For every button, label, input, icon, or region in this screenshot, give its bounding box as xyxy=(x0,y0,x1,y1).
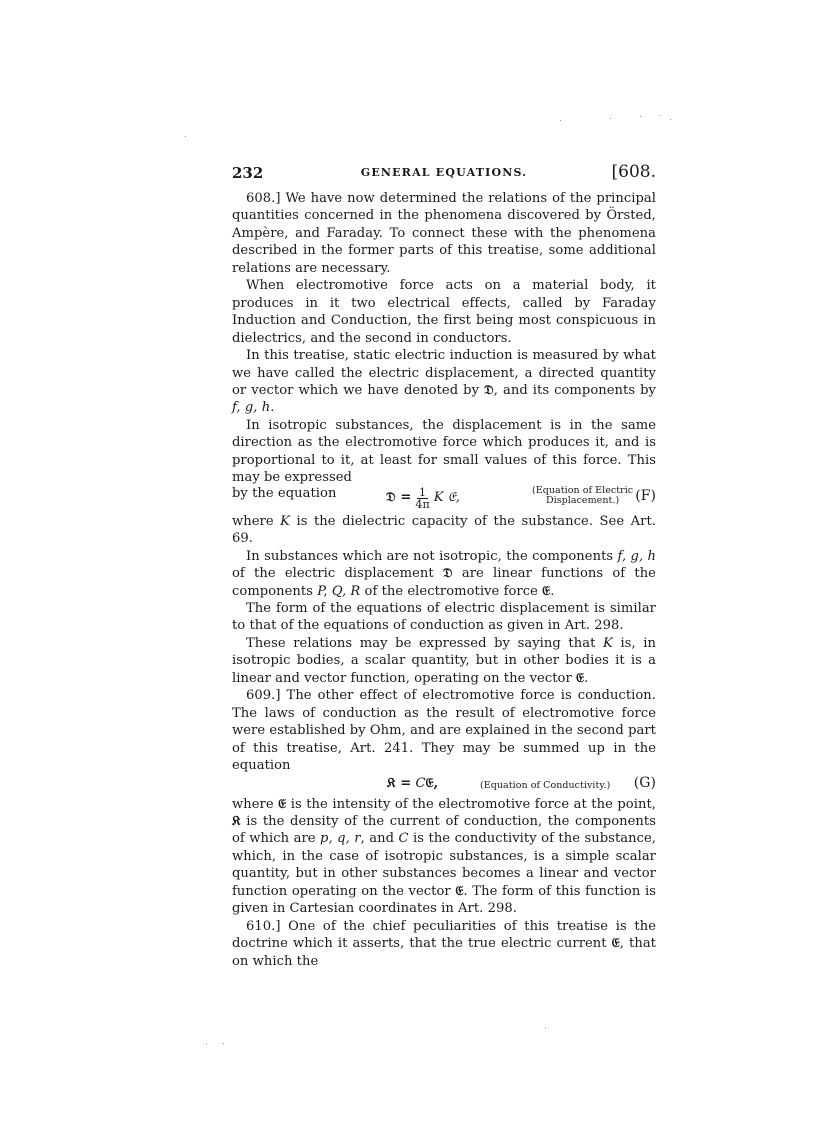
equation-lhs: 𝔎 = xyxy=(387,776,411,791)
scan-speck xyxy=(185,136,186,137)
scan-speck xyxy=(670,119,671,120)
equation-F-label: (Equation of Electric Displacement.) xyxy=(532,486,633,506)
equation-tag: (F) xyxy=(635,488,656,505)
fraction: 1 4π xyxy=(415,487,429,510)
article-number: 608.] xyxy=(246,191,281,206)
scan-speck xyxy=(640,116,641,117)
displacement-symbol: 𝔇 xyxy=(443,566,453,581)
paragraph-displacement: In this treatise, static electric induct… xyxy=(232,347,656,417)
scan-speck xyxy=(660,115,661,116)
paragraph-where-E: where 𝔈 is the intensity of the electrom… xyxy=(232,796,656,918)
text-span: , and xyxy=(361,831,399,846)
paragraph-form: The form of the equations of electric di… xyxy=(232,600,656,635)
running-header: 232 GENERAL EQUATIONS. [608. xyxy=(232,160,656,190)
current-density-symbol: 𝔎 xyxy=(232,814,241,829)
text-span: of the electromotive force xyxy=(360,584,542,599)
article-number: 610.] xyxy=(246,919,281,934)
equation-G-math: 𝔎 = C𝔈, xyxy=(387,775,438,792)
scan-speck xyxy=(610,118,611,119)
fraction-denominator: 4π xyxy=(415,499,429,510)
equation-lead: by the equation xyxy=(232,485,336,502)
paragraph-induction: When electromotive force acts on a mater… xyxy=(232,277,656,347)
emf-symbol: 𝔈 xyxy=(576,671,584,686)
running-title: GENERAL EQUATIONS. xyxy=(232,166,656,179)
text-span: is the dielectric capacity of the substa… xyxy=(232,514,656,546)
text-span: In substances which are not isotropic, t… xyxy=(246,549,618,564)
var-C: C xyxy=(399,831,409,846)
scan-speck xyxy=(223,1043,224,1044)
text-span: . xyxy=(270,400,274,415)
paragraph-text: We have now determined the relations of … xyxy=(232,191,656,276)
scan-speck xyxy=(545,1028,546,1029)
emf-symbol: 𝔈, xyxy=(426,776,439,791)
equation-F: by the equation 𝔇 = 1 4π K 𝔈, (Equation … xyxy=(232,487,656,513)
paragraph-608: 608.] We have now determined the relatio… xyxy=(232,190,656,277)
emf-symbol: 𝔈 xyxy=(542,584,550,599)
paragraph-text: One of the chief peculiarities of this t… xyxy=(232,919,656,951)
equation-tag: (G) xyxy=(634,775,656,792)
paragraph-610: 610.] One of the chief peculiarities of … xyxy=(232,918,656,970)
scan-speck xyxy=(560,120,561,121)
text-span: , and its components by xyxy=(494,383,656,398)
book-page: 232 GENERAL EQUATIONS. [608. 608.] We ha… xyxy=(232,160,656,970)
text-span: of the electric displacement xyxy=(232,566,443,581)
text-span: where xyxy=(232,797,278,812)
scan-speck xyxy=(206,1043,207,1044)
paragraph-where-K: where K is the dielectric capacity of th… xyxy=(232,513,656,548)
text-span: . xyxy=(550,584,554,599)
var-C: C xyxy=(415,776,425,791)
equation-G-label: (Equation of Conductivity.) xyxy=(480,777,610,794)
components-pqr: p, q, r xyxy=(320,831,361,846)
text-span: These relations may be expressed by sayi… xyxy=(246,636,603,651)
paragraph-nonisotropic: In substances which are not isotropic, t… xyxy=(232,548,656,600)
displacement-symbol: 𝔇 xyxy=(484,383,494,398)
current-symbol: 𝔈 xyxy=(612,936,620,951)
var-K: K xyxy=(280,514,290,529)
components-fgh: f, g, h xyxy=(618,549,656,564)
paragraph-isotropic: In isotropic substances, the displacemen… xyxy=(232,417,656,487)
equation-rhs: K 𝔈, xyxy=(434,489,460,506)
text-span: . xyxy=(584,671,588,686)
var-K: K xyxy=(603,636,613,651)
paragraph-text: The other effect of electromotive force … xyxy=(232,688,656,773)
paragraph-609: 609.] The other effect of electromotive … xyxy=(232,687,656,774)
equation-lhs: 𝔇 = xyxy=(386,489,411,506)
section-marker: [608. xyxy=(612,162,656,182)
text-span: is the intensity of the electromotive fo… xyxy=(286,797,656,812)
label-line: Displacement.) xyxy=(546,495,619,506)
equation-F-math: 𝔇 = 1 4π K 𝔈, xyxy=(386,487,460,510)
equation-G: 𝔎 = C𝔈, (Equation of Conductivity.) (G) xyxy=(232,775,656,796)
paragraph-relations: These relations may be expressed by sayi… xyxy=(232,635,656,687)
article-number: 609.] xyxy=(246,688,281,703)
body-text: 608.] We have now determined the relatio… xyxy=(232,190,656,970)
components-fgh: f, g, h xyxy=(232,400,270,415)
text-span: where xyxy=(232,514,280,529)
components-PQR: P, Q, R xyxy=(317,584,360,599)
fraction-numerator: 1 xyxy=(417,487,428,499)
